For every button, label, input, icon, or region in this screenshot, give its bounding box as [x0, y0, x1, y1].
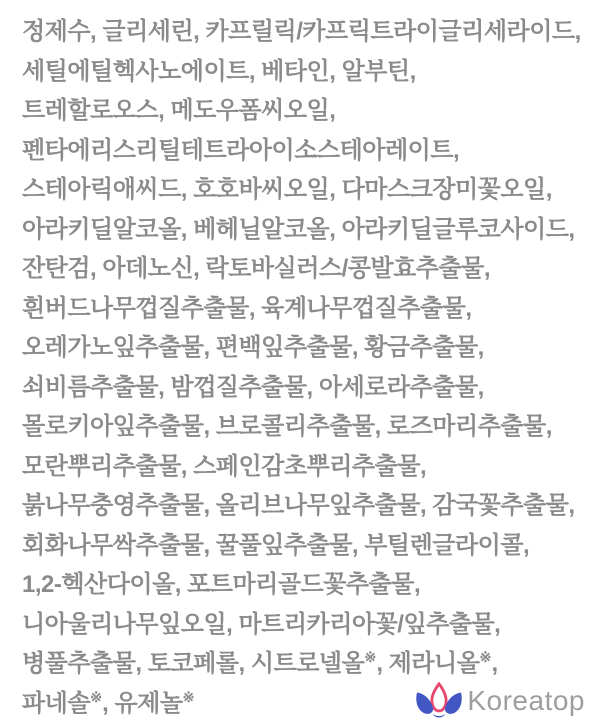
ingredient-line: 회화나무싹추출물, 꿀풀잎추출물, 부틸렌글라이콜,: [22, 526, 584, 566]
ingredient-line: 붉나무충영추출물, 올리브나무잎추출물, 감국꽃추출물,: [22, 486, 584, 526]
ingredient-line: 트레할로오스, 메도우폼씨오일,: [22, 91, 584, 131]
ingredient-line: 오레가노잎추출물, 편백잎추출물, 황금추출물,: [22, 328, 584, 368]
ingredient-line: 흰버드나무껍질추출물, 육계나무껍질추출물,: [22, 289, 584, 329]
watermark: Koreatop: [414, 682, 585, 720]
ingredient-line: 쇠비름추출물, 밤껍질추출물, 아세로라추출물,: [22, 368, 584, 408]
ingredient-line: 펜타에리스리틸테트라아이소스테아레이트,: [22, 131, 584, 171]
ingredient-list: 정제수, 글리세린, 카프릴릭/카프릭트라이글리세라이드,세틸에틸헥사노에이트,…: [22, 12, 584, 723]
ingredient-line: 아라키딜알코올, 베헤닐알코올, 아라키딜글루코사이드,: [22, 210, 584, 250]
ingredient-line: 병풀추출물, 토코페롤, 시트로넬올※, 제라니올※,: [22, 644, 584, 684]
ingredient-line: 정제수, 글리세린, 카프릴릭/카프릭트라이글리세라이드,: [22, 12, 584, 52]
ingredient-line: 잔탄검, 아데노신, 락토바실러스/콩발효추출물,: [22, 249, 584, 289]
watermark-text: Koreatop: [467, 687, 585, 715]
ingredient-line: 니아울리나무잎오일, 마트리카리아꽃/잎추출물,: [22, 605, 584, 645]
ingredient-line: 모란뿌리추출물, 스페인감초뿌리추출물,: [22, 447, 584, 487]
ingredient-line: 세틸에틸헥사노에이트, 베타인, 알부틴,: [22, 52, 584, 92]
ingredient-line: 1,2-헥산다이올, 포트마리골드꽃추출물,: [22, 565, 584, 605]
ingredient-line: 몰로키아잎추출물, 브로콜리추출물, 로즈마리추출물,: [22, 407, 584, 447]
lotus-icon: [414, 682, 464, 720]
reference-mark: ※: [479, 650, 491, 666]
reference-mark: ※: [90, 690, 102, 706]
reference-mark: ※: [364, 650, 376, 666]
reference-mark: ※: [183, 690, 195, 706]
ingredient-line: 스테아릭애씨드, 호호바씨오일, 다마스크장미꽃오일,: [22, 170, 584, 210]
